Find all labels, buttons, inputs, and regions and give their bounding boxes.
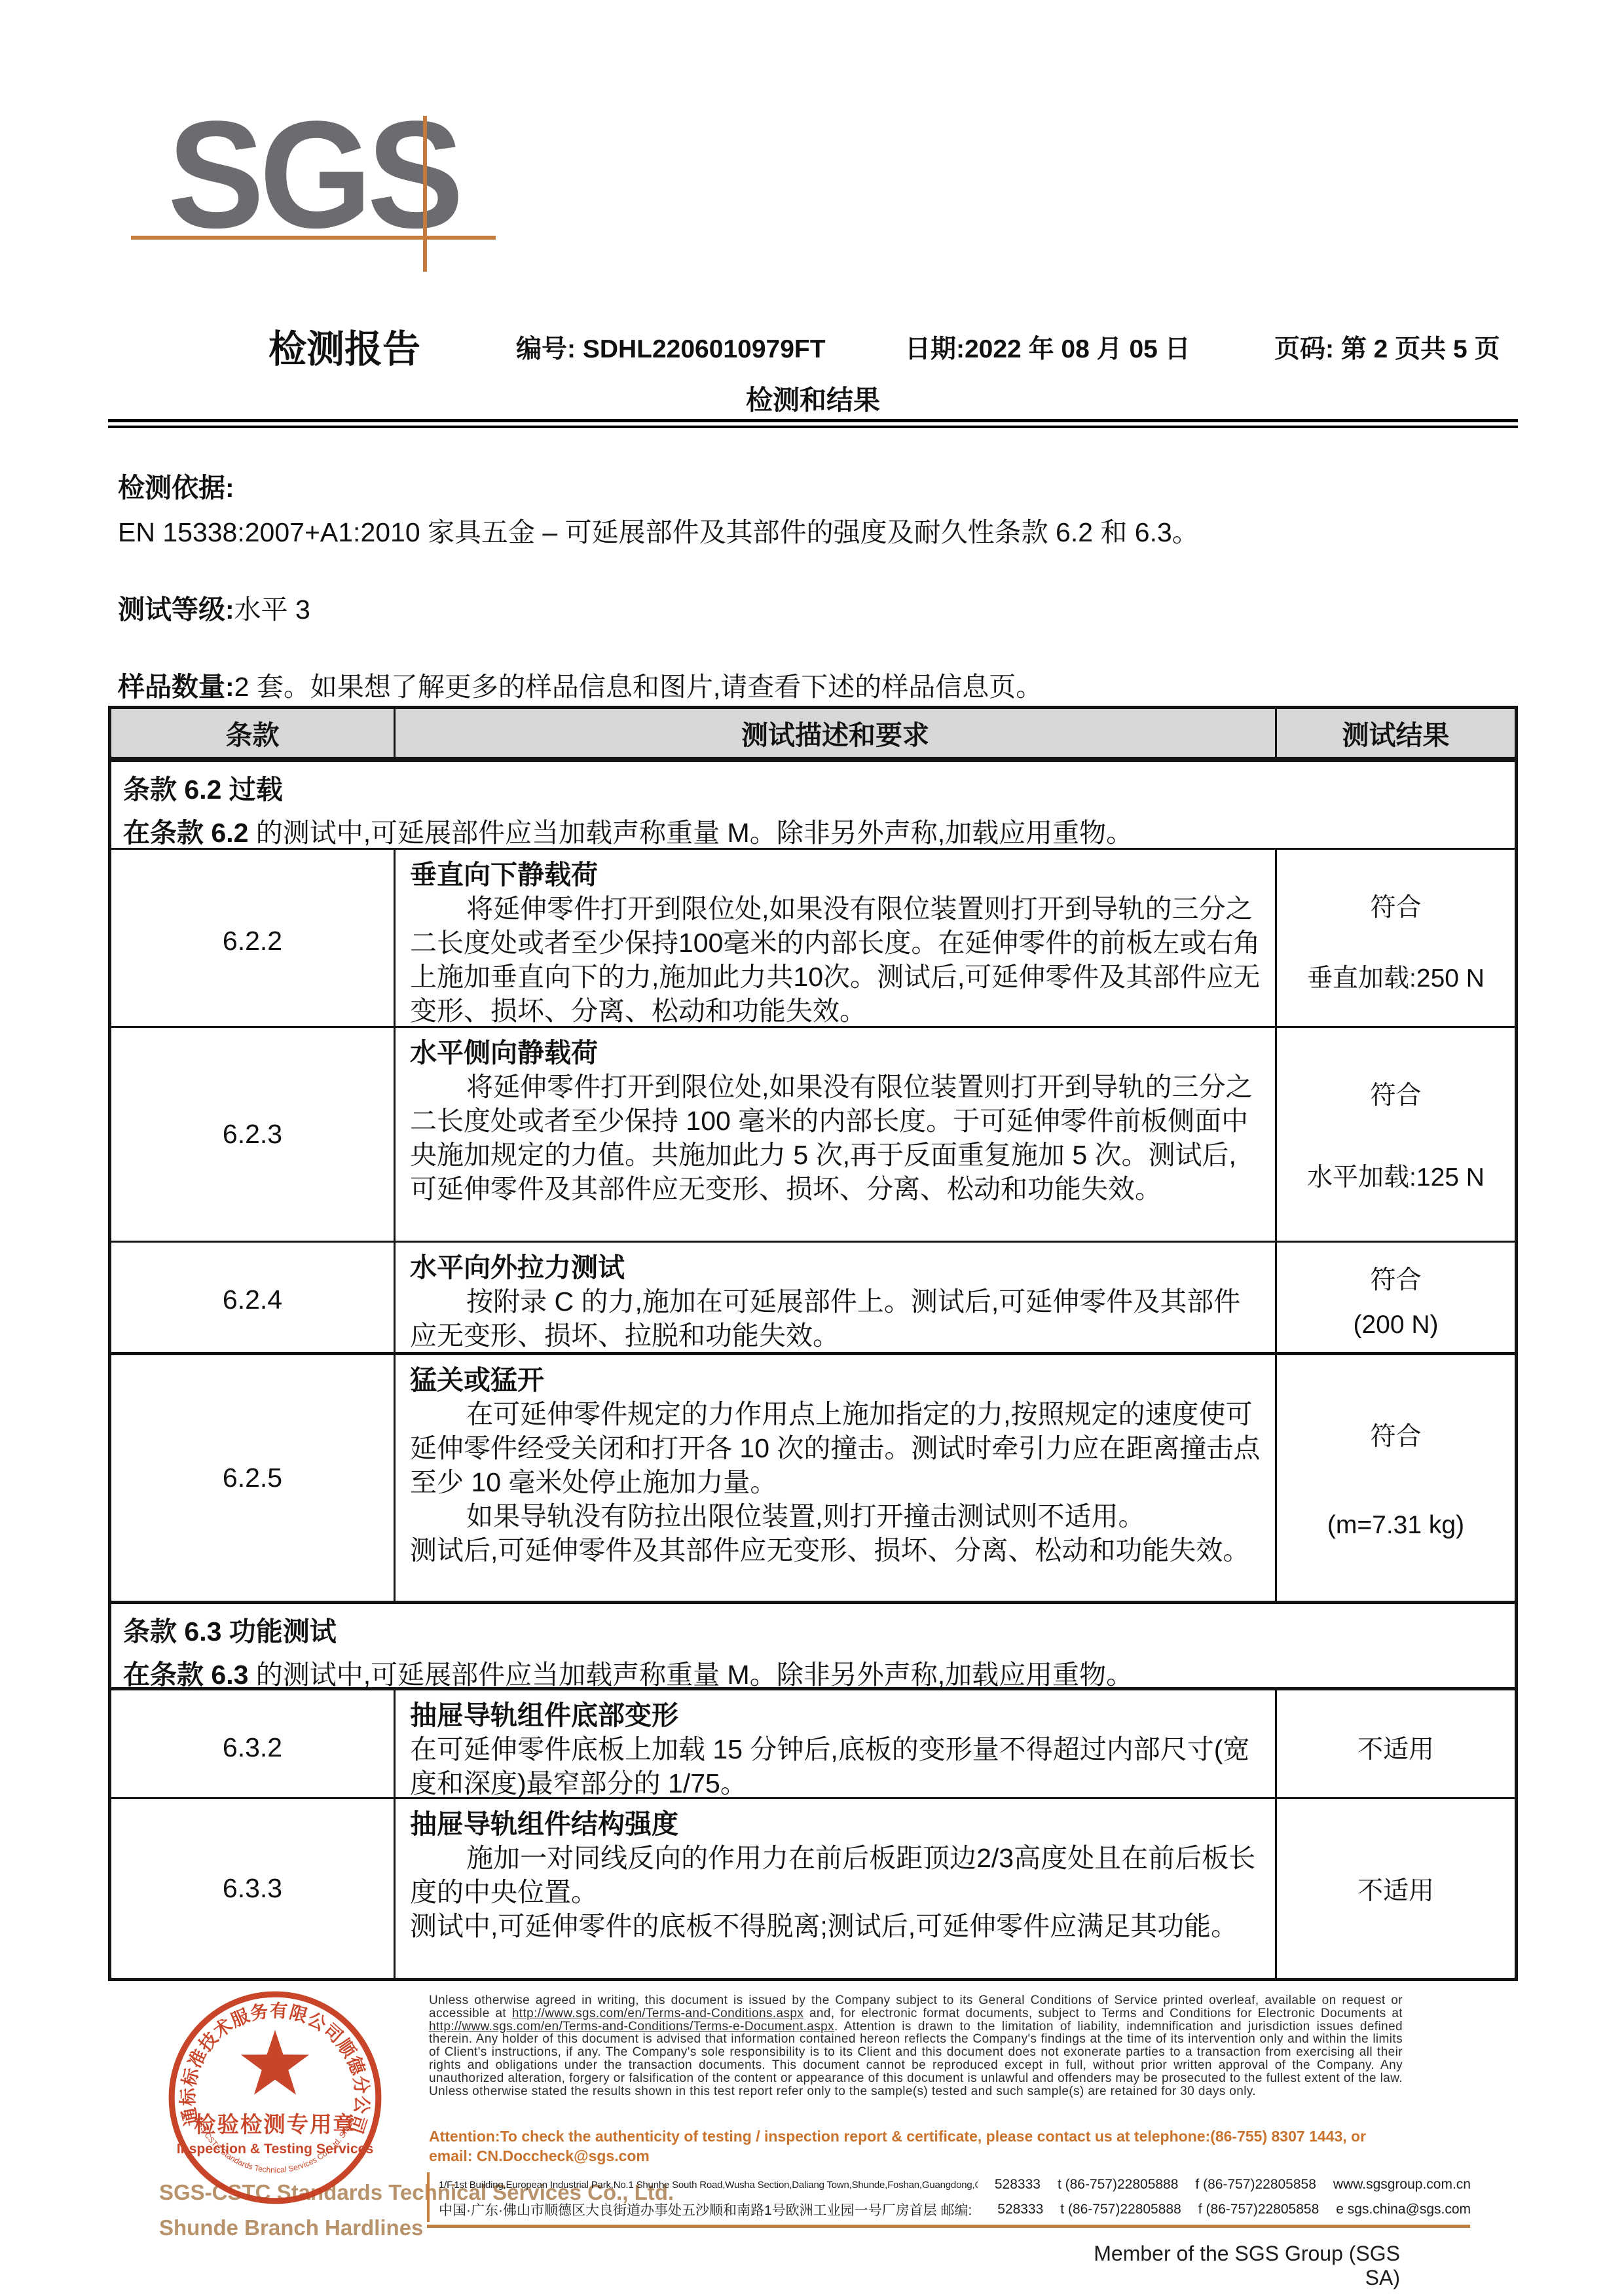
sgs-logo: SGS (168, 99, 459, 251)
test-basis-text: EN 15338:2007+A1:2010 家具五金 – 可延展部件及其部件的强… (118, 511, 1199, 549)
legal-text: and, for electronic format documents, su… (803, 2007, 1403, 2020)
table-section-6-3: 条款 6.3 功能测试 在条款 6.3 的测试中,可延展部件应当加载声称重量 M… (111, 1601, 1515, 1687)
sample-qty-value: 2 套。如果想了解更多的样品信息和图片,请查看下述的样品信息页。 (234, 672, 1043, 702)
fax: f (86-757)22805858 (1198, 2202, 1319, 2217)
section-note: 在条款 6.2 的测试中,可延展部件应当加载声称重量 M。除非另外声称,加载应用… (123, 816, 1503, 850)
table-row-6-3-3: 6.3.3 抽屉导轨组件结构强度 施加一对同线反向的作用力在前后板距顶边2/3高… (111, 1797, 1515, 1978)
report-title: 检测报告 (268, 318, 420, 373)
section-subtitle: 检测和结果 (108, 378, 1518, 417)
result-line: 不适用 (1357, 1870, 1434, 1907)
sample-qty-line: 样品数量:2 套。如果想了解更多的样品信息和图片,请查看下述的样品信息页。 (118, 665, 1043, 704)
address-en: 1/F,1st Building,European Industrial Par… (439, 2179, 978, 2191)
test-paragraph: 将延伸零件打开到限位处,如果没有限位装置则打开到导轨的三分之二长度处或者至少保持… (410, 1070, 1261, 1206)
col-header-description: 测试描述和要求 (394, 709, 1275, 757)
result-line: (m=7.31 kg) (1327, 1511, 1464, 1540)
table-row-6-2-4: 6.2.4 水平向外拉力测试 按附录 C 的力,施加在可延展部件上。测试后,可延… (111, 1241, 1515, 1352)
terms-e-doc-link[interactable]: http://www.sgs.com/en/Terms-and-Conditio… (429, 2020, 834, 2033)
address-block: 1/F,1st Building,European Industrial Par… (427, 2172, 1471, 2222)
test-paragraph: 测试后,可延伸零件及其部件应无变形、损坏、分离、松动和功能失效。 (410, 1533, 1261, 1567)
clause-number: 6.2.4 (111, 1243, 394, 1357)
table-row-6-3-2: 6.3.2 抽屉导轨组件底部变形 在可延伸零件底板上加载 15 分钟后,底板的变… (111, 1687, 1515, 1797)
clause-number: 6.3.3 (111, 1799, 394, 1978)
sample-qty-label: 样品数量: (118, 672, 234, 702)
result-line: 不适用 (1357, 1729, 1434, 1766)
test-paragraph: 在可延伸零件底板上加载 15 分钟后,底板的变形量不得超过内部尺寸(宽度和深度)… (410, 1732, 1261, 1800)
website-link[interactable]: www.sgsgroup.com.cn (1333, 2177, 1471, 2193)
table-row-6-2-5: 6.2.5 猛关或猛开 在可延伸零件规定的力作用点上施加指定的力,按照规定的速度… (111, 1352, 1515, 1601)
report-date: 日期:2022 年 08 月 05 日 (905, 329, 1190, 365)
postal-code: 528333 (995, 2177, 1041, 2193)
report-number: 编号: SDHL2206010979FT (516, 329, 826, 365)
section-title: 条款 6.2 过载 (123, 773, 1503, 807)
table-header-row: 条款 测试描述和要求 测试结果 (111, 709, 1515, 760)
attention-notice: Attention:To check the authenticity of t… (429, 2126, 1411, 2166)
test-paragraph: 将延伸零件打开到限位处,如果没有限位装置则打开到导轨的三分之二长度处或者至少保持… (410, 892, 1261, 1028)
legal-disclaimer: Unless otherwise agreed in writing, this… (429, 1994, 1403, 2098)
page-number: 页码: 第 2 页共 5 页 (1274, 329, 1500, 365)
test-level-value: 水平 3 (234, 594, 310, 625)
test-description-cell: 抽屉导轨组件底部变形 在可延伸零件底板上加载 15 分钟后,底板的变形量不得超过… (394, 1690, 1275, 1804)
test-paragraph: 如果导轨没有防拉出限位装置,则打开撞击测试则不适用。 (410, 1499, 1261, 1533)
test-result-cell: 不适用 (1275, 1799, 1515, 1978)
star-icon (241, 2030, 309, 2095)
result-line: (200 N) (1353, 1311, 1438, 1339)
test-description-cell: 水平侧向静载荷 将延伸零件打开到限位处,如果没有限位装置则打开到导轨的三分之二长… (394, 1028, 1275, 1241)
test-level-label: 测试等级: (118, 594, 234, 625)
test-level-line: 测试等级:水平 3 (118, 588, 310, 627)
test-paragraph: 施加一对同线反向的作用力在前后板距顶边2/3高度处且在前后板长度的中央位置。 (410, 1841, 1261, 1909)
col-header-clause: 条款 (111, 709, 394, 757)
test-result-cell: 符合 (m=7.31 kg) (1275, 1355, 1515, 1601)
logo-horizontal-rule (131, 236, 496, 240)
test-paragraph: 按附录 C 的力,施加在可延展部件上。测试后,可延伸零件及其部件应无变形、损坏、… (410, 1285, 1261, 1353)
section-title: 条款 6.3 功能测试 (123, 1614, 1503, 1649)
test-title: 抽屉导轨组件结构强度 (410, 1807, 1261, 1841)
stamp-center-cn: 检验检测专用章 (194, 2113, 356, 2138)
result-line: 垂直加载:250 N (1307, 958, 1485, 994)
result-line: 水平加载:125 N (1307, 1157, 1485, 1194)
postal-code: 528333 (997, 2202, 1043, 2217)
section-note-lead: 在条款 6.3 (123, 1660, 248, 1690)
test-result-cell: 符合 (200 N) (1275, 1243, 1515, 1357)
fax: f (86-757)22805858 (1195, 2177, 1316, 2193)
test-description-cell: 抽屉导轨组件结构强度 施加一对同线反向的作用力在前后板距顶边2/3高度处且在前后… (394, 1799, 1275, 1978)
test-description-cell: 垂直向下静载荷 将延伸零件打开到限位处,如果没有限位装置则打开到导轨的三分之二长… (394, 850, 1275, 1032)
terms-link[interactable]: http://www.sgs.com/en/Terms-and-Conditio… (512, 2007, 803, 2020)
section-note-rest: 的测试中,可延展部件应当加载声称重量 M。除非另外声称,加载应用重物。 (248, 818, 1133, 848)
test-title: 水平侧向静载荷 (410, 1036, 1261, 1070)
test-result-cell: 符合 水平加载:125 N (1275, 1028, 1515, 1241)
telephone: t (86-757)22805888 (1058, 2177, 1178, 2193)
test-basis-label: 检测依据: (118, 466, 234, 505)
stamp-center-en: Inspection & Testing Services (177, 2141, 374, 2157)
table-row-6-2-2: 6.2.2 垂直向下静载荷 将延伸零件打开到限位处,如果没有限位装置则打开到导轨… (111, 848, 1515, 1026)
table-row-6-2-3: 6.2.3 水平侧向静载荷 将延伸零件打开到限位处,如果没有限位装置则打开到导轨… (111, 1026, 1515, 1241)
section-note-lead: 在条款 6.2 (123, 818, 248, 848)
address-row-cn: 中国·广东·佛山市顺德区大良街道办事处五沙顺和南路1号欧洲工业园一号厂房首层 邮… (439, 2197, 1471, 2222)
email-link[interactable]: e sgs.china@sgs.com (1336, 2202, 1471, 2217)
results-table: 条款 测试描述和要求 测试结果 条款 6.2 过载 在条款 6.2 的测试中,可… (108, 706, 1518, 1981)
company-branch-line: Shunde Branch Hardlines (159, 2215, 423, 2240)
result-line: 符合 (1370, 1416, 1421, 1453)
test-result-cell: 符合 垂直加载:250 N (1275, 850, 1515, 1032)
test-result-cell: 不适用 (1275, 1690, 1515, 1804)
test-paragraph: 测试中,可延伸零件的底板不得脱离;测试后,可延伸零件应满足其功能。 (410, 1909, 1261, 1943)
test-title: 猛关或猛开 (410, 1363, 1261, 1397)
telephone: t (86-757)22805888 (1060, 2202, 1181, 2217)
table-section-6-2: 条款 6.2 过载 在条款 6.2 的测试中,可延展部件应当加载声称重量 M。除… (111, 760, 1515, 848)
result-line: 符合 (1370, 1260, 1421, 1296)
double-rule (108, 419, 1518, 428)
inspection-stamp-seal: 通标标准技术服务有限公司顺德分公司 检验检测专用章 Inspection & T… (162, 1985, 388, 2210)
logo-vertical-rule (423, 116, 427, 272)
test-description-cell: 水平向外拉力测试 按附录 C 的力,施加在可延展部件上。测试后,可延伸零件及其部… (394, 1243, 1275, 1357)
clause-number: 6.2.2 (111, 850, 394, 1032)
address-cn: 中国·广东·佛山市顺德区大良街道办事处五沙顺和南路1号欧洲工业园一号厂房首层 邮… (439, 2200, 980, 2219)
footer-orange-rule (427, 2225, 1470, 2228)
test-title: 抽屉导轨组件底部变形 (410, 1698, 1261, 1732)
sgs-member-line: Member of the SGS Group (SGS SA) (1060, 2242, 1400, 2290)
clause-number: 6.2.5 (111, 1355, 394, 1601)
section-note-rest: 的测试中,可延展部件应当加载声称重量 M。除非另外声称,加载应用重物。 (248, 1660, 1133, 1690)
test-description-cell: 猛关或猛开 在可延伸零件规定的力作用点上施加指定的力,按照规定的速度使可延伸零件… (394, 1355, 1275, 1601)
test-title: 水平向外拉力测试 (410, 1250, 1261, 1285)
report-page: SGS 检测报告 编号: SDHL2206010979FT 日期:2022 年 … (0, 0, 1624, 2296)
col-header-result: 测试结果 (1275, 709, 1515, 757)
test-title: 垂直向下静载荷 (410, 858, 1261, 892)
test-paragraph: 在可延伸零件规定的力作用点上施加指定的力,按照规定的速度使可延伸零件经受关闭和打… (410, 1397, 1261, 1499)
result-line: 符合 (1370, 1075, 1421, 1112)
result-line: 符合 (1370, 887, 1421, 924)
clause-number: 6.3.2 (111, 1690, 394, 1804)
address-row-en: 1/F,1st Building,European Industrial Par… (439, 2172, 1471, 2197)
clause-number: 6.2.3 (111, 1028, 394, 1241)
